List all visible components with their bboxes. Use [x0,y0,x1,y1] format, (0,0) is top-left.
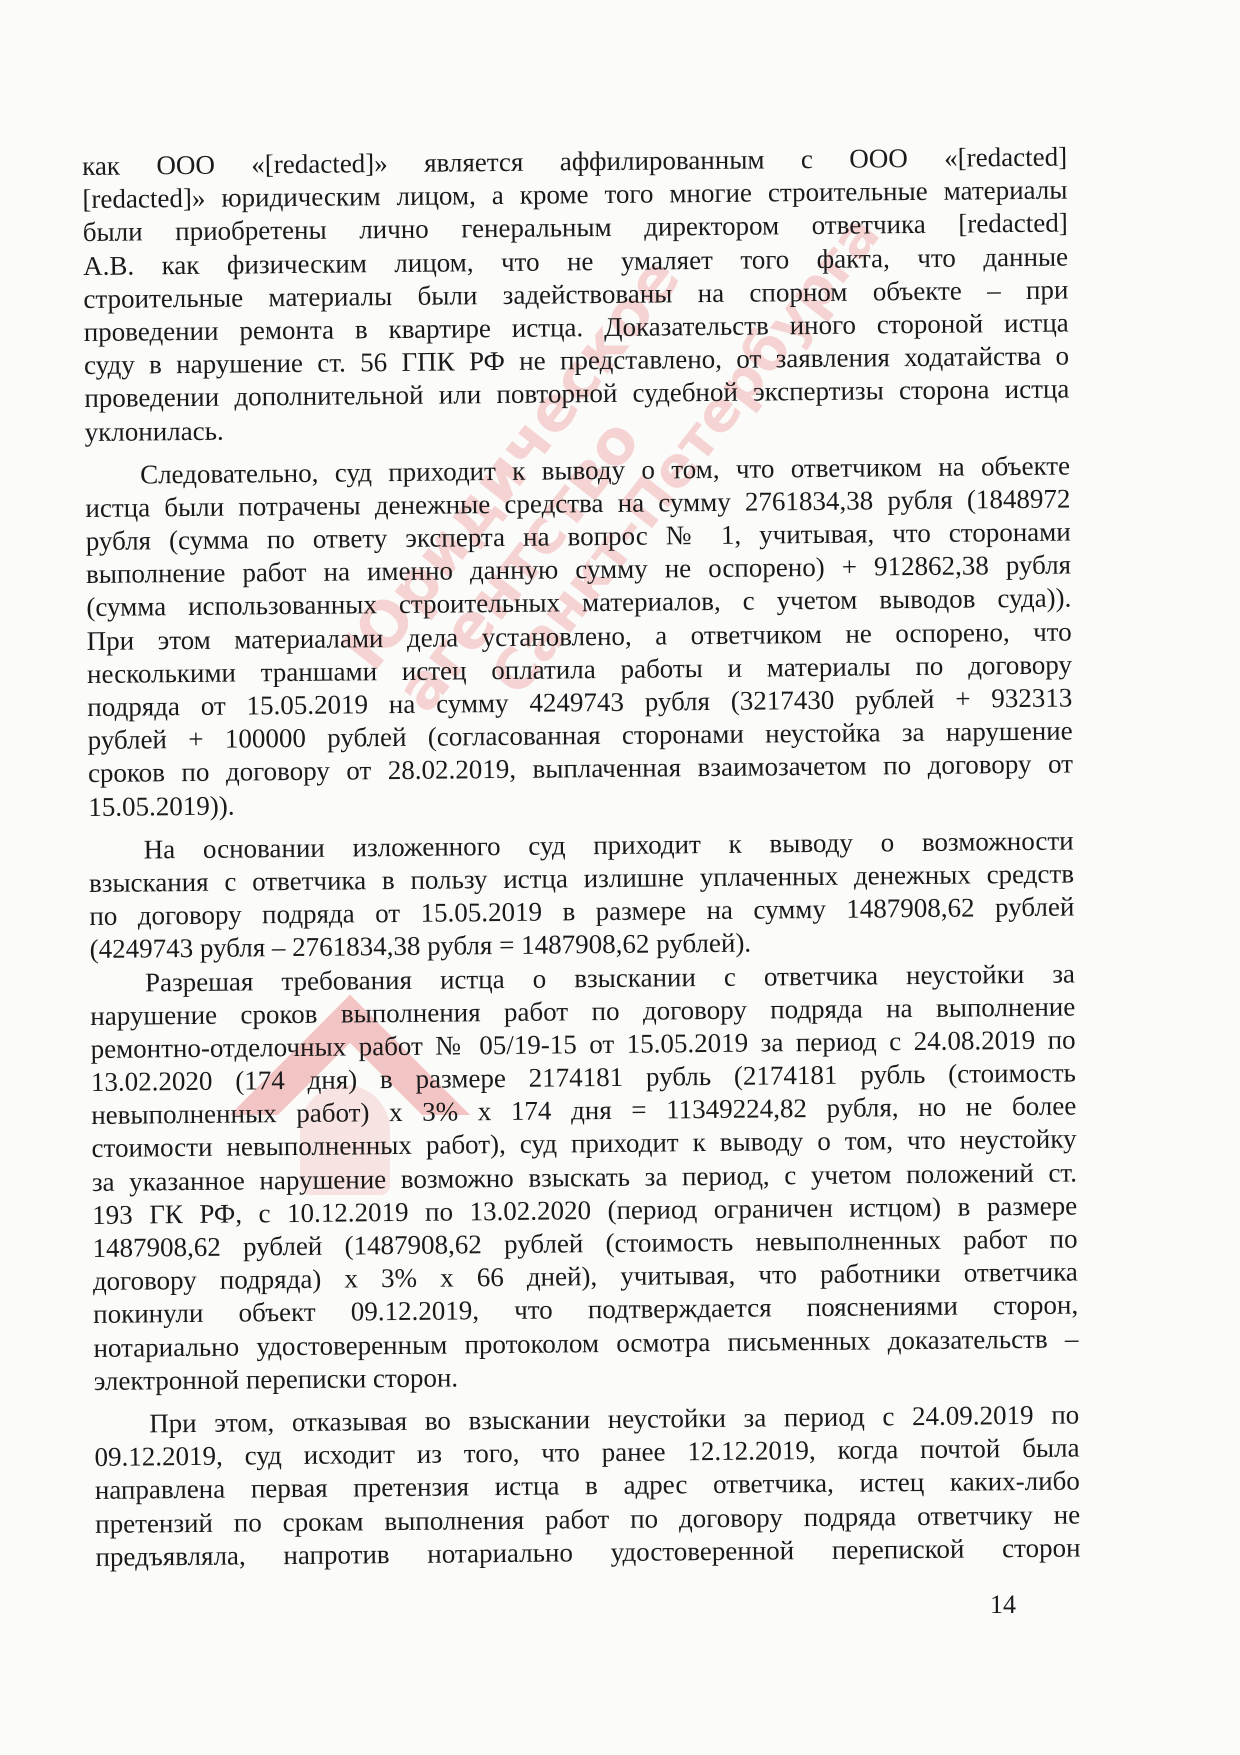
paragraph-4: Разрешая требования истца о взыскании с … [90,957,1079,1398]
paragraph-2: Следовательно, суд приходит к выводу о т… [85,449,1073,824]
paragraph-5: При этом, отказывая во взыскании неустой… [94,1398,1081,1573]
paragraph-1: как ООО «[redacted]» является аффилирова… [82,141,1070,449]
paragraph-3: На основании изложенного суд приходит к … [89,824,1075,966]
document-body: как ООО «[redacted]» является аффилирова… [82,141,1081,1574]
document-page: Юридическое агентство Санкт-Петербурга к… [0,0,1240,1755]
page-number: 14 [990,1590,1016,1620]
